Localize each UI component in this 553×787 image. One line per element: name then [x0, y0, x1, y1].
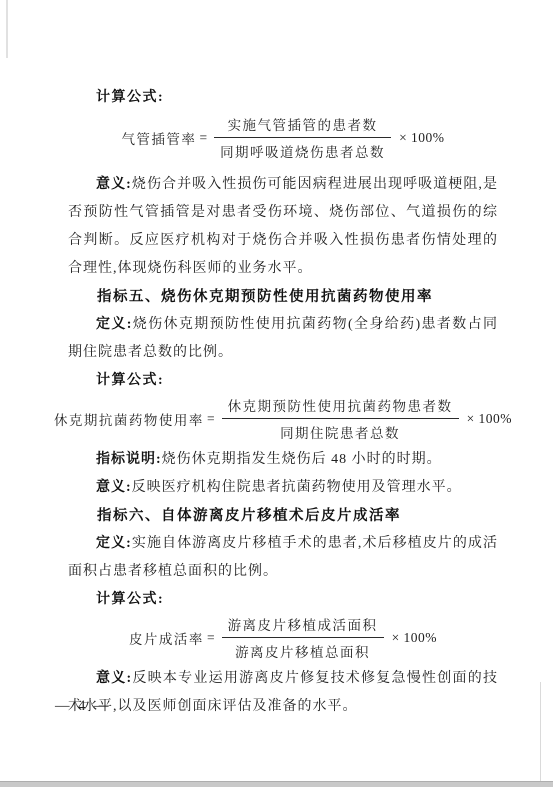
- equals-sign: =: [199, 130, 207, 146]
- formula-intubation-rate: 气管插管率 = 实施气管插管的患者数 同期呼吸道烧伤患者总数 × 100%: [48, 114, 518, 161]
- fraction-denominator: 同期住院患者总数: [222, 419, 459, 442]
- fraction-denominator: 同期呼吸道烧伤患者总数: [214, 138, 391, 161]
- significance-text: 反映医疗机构住院患者抗菌药物使用及管理水平。: [132, 480, 462, 495]
- fraction: 休克期预防性使用抗菌药物患者数 同期住院患者总数: [222, 395, 459, 442]
- fraction-numerator: 实施气管插管的患者数: [214, 114, 391, 138]
- definition-label: 定义:: [96, 536, 132, 551]
- definition-label: 定义:: [96, 317, 132, 332]
- formula-lhs: 休克期抗菌药物使用率: [54, 409, 204, 429]
- calc-formula-label-1: 计算公式:: [68, 84, 498, 112]
- definition-text: 实施自体游离皮片移植手术的患者,术后移植皮片的成活面积占患者移植总面积的比例。: [68, 536, 498, 579]
- multiplier: × 100%: [399, 130, 444, 146]
- significance-text: 烧伤合并吸入性损伤可能因病程进展出现呼吸道梗阻,是否预防性气管插管是对患者受伤环…: [68, 177, 498, 276]
- scanned-document-page: 计算公式: 气管插管率 = 实施气管插管的患者数 同期呼吸道烧伤患者总数 × 1…: [0, 0, 553, 787]
- fraction: 实施气管插管的患者数 同期呼吸道烧伤患者总数: [214, 114, 391, 161]
- significance-paragraph-6: 意义:反映本专业运用游离皮片修复技术修复急慢性创面的技术水平,以及医师创面床评估…: [68, 665, 498, 721]
- heading-indicator-5: 指标五、烧伤休克期预防性使用抗菌药物使用率: [68, 283, 498, 311]
- page-number: — 4 —: [55, 698, 111, 715]
- multiplier: × 100%: [392, 630, 437, 646]
- significance-label: 意义:: [96, 177, 132, 192]
- calc-formula-label-2: 计算公式:: [68, 367, 498, 395]
- significance-label: 意义:: [96, 480, 132, 495]
- fraction-numerator: 休克期预防性使用抗菌药物患者数: [222, 395, 459, 419]
- note-paragraph-5: 指标说明:烧伤休克期指发生烧伤后 48 小时的时期。: [68, 446, 498, 474]
- definition-paragraph-6: 定义:实施自体游离皮片移植手术的患者,术后移植皮片的成活面积占患者移植总面积的比…: [68, 530, 498, 586]
- document-content: 计算公式: 气管插管率 = 实施气管插管的患者数 同期呼吸道烧伤患者总数 × 1…: [68, 84, 498, 721]
- calc-formula-label-3: 计算公式:: [68, 586, 498, 614]
- definition-text: 烧伤休克期预防性使用抗菌药物(全身给药)患者数占同期住院患者总数的比例。: [68, 317, 498, 360]
- significance-paragraph-5: 意义:反映医疗机构住院患者抗菌药物使用及管理水平。: [68, 474, 498, 502]
- note-label: 指标说明:: [96, 452, 162, 467]
- formula-shock-antibiotic-rate: 休克期抗菌药物使用率 = 休克期预防性使用抗菌药物患者数 同期住院患者总数 × …: [48, 395, 518, 442]
- equals-sign: =: [207, 630, 215, 646]
- note-text: 烧伤休克期指发生烧伤后 48 小时的时期。: [162, 452, 442, 467]
- fraction: 游离皮片移植成活面积 游离皮片移植总面积: [222, 614, 384, 661]
- fraction-denominator: 游离皮片移植总面积: [222, 638, 384, 661]
- scan-edge-artifact-left: [6, 0, 8, 58]
- significance-paragraph-1: 意义:烧伤合并吸入性损伤可能因病程进展出现呼吸道梗阻,是否预防性气管插管是对患者…: [68, 171, 498, 283]
- fraction-numerator: 游离皮片移植成活面积: [222, 614, 384, 638]
- formula-lhs: 皮片成活率: [129, 628, 204, 648]
- scan-edge-artifact-right: [540, 682, 541, 782]
- equals-sign: =: [207, 411, 215, 427]
- heading-indicator-6: 指标六、自体游离皮片移植术后皮片成活率: [68, 502, 498, 530]
- formula-skin-graft-survival-rate: 皮片成活率 = 游离皮片移植成活面积 游离皮片移植总面积 × 100%: [48, 614, 518, 661]
- scan-edge-artifact-bottom: [0, 781, 553, 787]
- definition-paragraph-5: 定义:烧伤休克期预防性使用抗菌药物(全身给药)患者数占同期住院患者总数的比例。: [68, 311, 498, 367]
- multiplier: × 100%: [467, 411, 512, 427]
- formula-lhs: 气管插管率: [121, 128, 196, 148]
- significance-label: 意义:: [96, 671, 132, 686]
- significance-text: 反映本专业运用游离皮片修复技术修复急慢性创面的技术水平,以及医师创面床评估及准备…: [68, 671, 498, 714]
